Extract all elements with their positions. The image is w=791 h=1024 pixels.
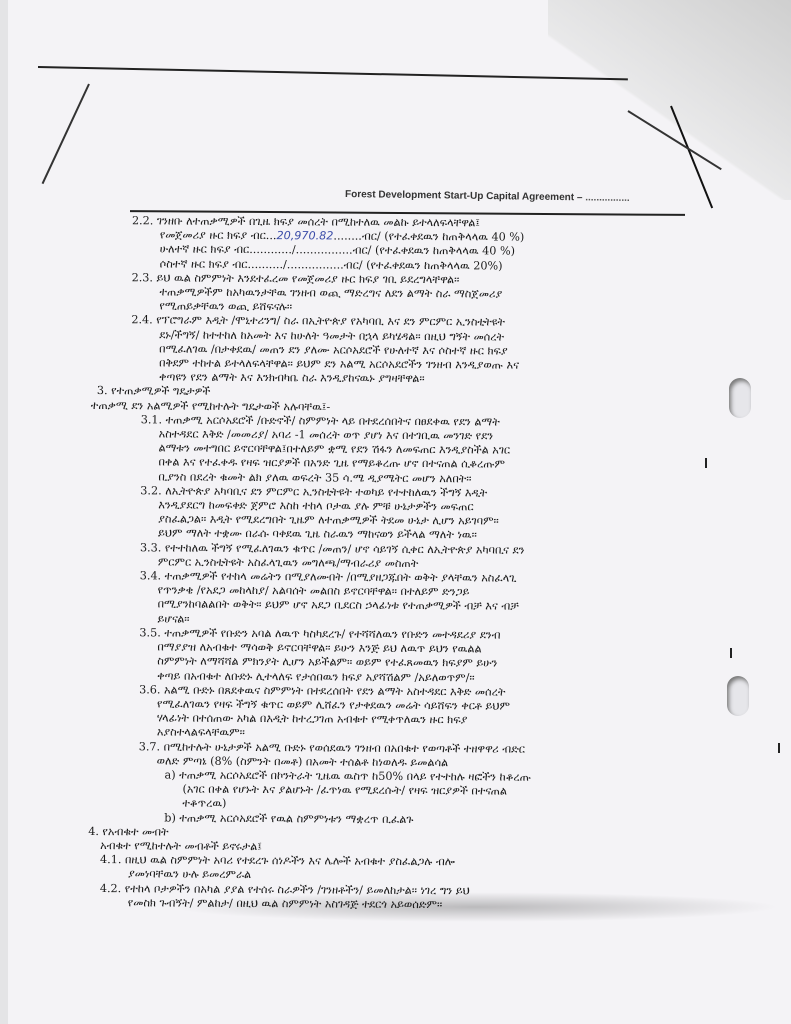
scan-speck — [730, 648, 732, 658]
clause-3-3: 3.3. የተተከለዉ ችግኝ የሚፈለገዉን ቁጥር /መጠን/ ሆኖ ሳይገ… — [90, 541, 690, 573]
scan-speck — [705, 458, 707, 468]
first-installment-label: የመጀመሪያ ዙር ክፍያ ብር... — [160, 229, 277, 243]
document-body: 2.2. ገንዘቡ ለተጠቃሚዎች በጊዜ ክፍያ መሰረት በሚከተለዉ መል… — [88, 214, 692, 914]
clause-3-6: 3.6. አልሚ ቡድኑ በጸደቀዉና ስምምነት በተደረሰበት የደን ልማ… — [89, 683, 689, 743]
first-installment-amount: 20,970.82 — [276, 229, 333, 242]
clause-3-7: 3.7. በሚከተሉት ሁኔታዎች አልሚ ቡድኑ የወሰደዉን ገንዘብ በአ… — [88, 740, 689, 829]
punch-hole — [727, 676, 749, 716]
punch-hole — [729, 378, 751, 418]
scan-speck — [778, 743, 780, 753]
clause-line: ተጠቃሚ አርሶአደሮች የዉል ስምምነቱን ማቋረጥ ቢፈልጉ — [179, 811, 413, 825]
clause-2-2: 2.2. ገንዘቡ ለተጠቃሚዎች በጊዜ ክፍያ መሰረት በሚከተለዉ መል… — [92, 214, 692, 274]
clause-2-4: 2.4. የፕሮግራም እዲት /ሞኒተሪንግ/ ስራ በኢትዮጵያ የአካባቢ… — [91, 313, 691, 388]
first-installment-suffix: ........ብር/ (የተፈቀደዉን ከጠቅላላዉ 40 %) — [333, 230, 524, 244]
clause-4-2: 4.2. የተከላ ቦታዎችን በአካል ያያል የተሰሩ ስራዎችን /ገንዘ… — [88, 882, 688, 914]
folded-corner-shadow — [548, 0, 791, 200]
section-3: 3. የተጠቃሚዎች ግዴታዎች ተጠቃሚ ደን አልሚዎች የሚከተሉት ግዴ… — [91, 384, 691, 416]
clause-3-5: 3.5. ተጠቃሚዎች የቡድን አባል ለዉጥ ካስካደረጉ/ የተሻሻለዉን… — [89, 626, 689, 686]
clause-2-3: 2.3. ይህ ዉል ስምምነት እንደተፈረመ የመጀመሪያ ዙር ክፍያ ገ… — [91, 271, 691, 317]
header-blank: ................ — [585, 192, 630, 204]
clause-3-1: 3.1. ተጠቃሚ አርሶአደሮች /ቡድኖች/ ስምምነት ላይ በተደረሰበ… — [90, 413, 690, 488]
clause-4-1: 4.1. በዚህ ዉል ስምምነት አባሪ የተደረጉ ሰነዶችን እና ሌሎች… — [88, 853, 688, 885]
clause-3-4: 3.4. ተጠቃሚዎች የተከላ መሬትን በሚያለሙበት /በሚያዘጋጁበት … — [89, 569, 689, 629]
subitem-label: b) — [164, 811, 176, 824]
section-4: 4. የአብቁተ መብት አብቁተ የሚከተሉት መብቶች ይኖሩታል፤ — [88, 825, 688, 857]
subitem-label: a) — [165, 768, 176, 781]
clause-line: ተጠቃሚ አርሶአደሮች በኮንትራት ጊዜዉ ዉስጥ ከ50% በላይ የተተ… — [179, 768, 531, 783]
clause-3-2: 3.2. ለኢትዮጵያ አካባቢና ደን ምርምር ኢንስቲትዩት ተወካይ የ… — [90, 484, 690, 544]
